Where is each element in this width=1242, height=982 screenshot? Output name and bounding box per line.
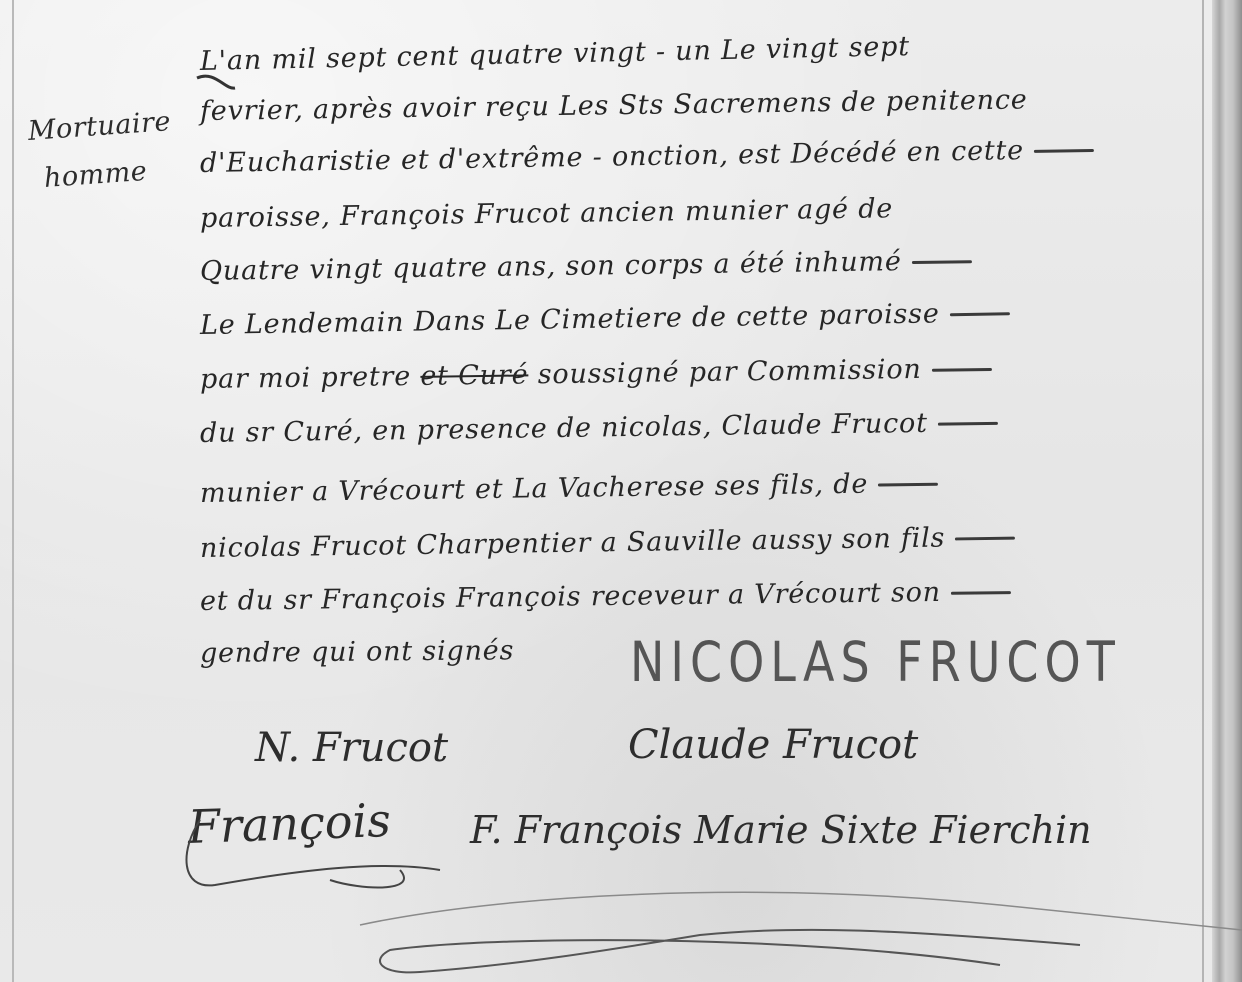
line-filler-dash — [1034, 149, 1094, 153]
signature-claude-frucot: Claude Frucot — [628, 722, 918, 768]
struck-text: et Curé — [420, 359, 528, 392]
record-line: Quatre vingt quatre ans, son corps a été… — [200, 247, 972, 285]
record-line: paroisse, François Frucot ancien munier … — [200, 195, 893, 232]
record-line: d'Eucharistie et d'extrême - onction, es… — [200, 136, 1094, 177]
record-line: L'an mil sept cent quatre vingt - un Le … — [200, 33, 910, 75]
record-line: gendre qui ont signés — [200, 637, 514, 667]
line-filler-dash — [932, 368, 992, 372]
left-margin-rule — [12, 0, 14, 982]
signature-n-frucot: N. Frucot — [255, 725, 448, 771]
signature-nicolas-frucot: NICOLAS FRUCOT — [630, 630, 1121, 695]
record-line: du sr Curé, en presence de nicolas, Clau… — [200, 409, 998, 447]
document-scan: Mortuaire homme L'an mil sept cent quatr… — [0, 0, 1242, 982]
margin-note-mortuaire: Mortuaire — [27, 108, 172, 145]
record-line: fevrier, après avoir reçu Les Sts Sacrem… — [200, 86, 1028, 125]
line-filler-dash — [955, 537, 1015, 541]
signature-priest: F. François Marie Sixte Fierchin — [470, 808, 1092, 852]
margin-note-homme: homme — [43, 158, 148, 192]
signature-francois: François — [187, 793, 391, 854]
page-binding-edge — [1212, 0, 1242, 982]
record-line: et du sr François François receveur a Vr… — [200, 578, 1011, 615]
record-line: nicolas Frucot Charpentier a Sauville au… — [200, 524, 1016, 562]
record-line: Le Lendemain Dans Le Cimetiere de cette … — [200, 299, 1010, 339]
line-filler-dash — [878, 483, 938, 487]
record-line: munier a Vrécourt et La Vacherese ses fi… — [200, 470, 939, 507]
line-filler-dash — [912, 260, 972, 264]
line-filler-dash — [938, 422, 998, 426]
line-filler-dash — [951, 591, 1011, 595]
line-filler-dash — [950, 312, 1010, 316]
right-page-line — [1202, 0, 1204, 982]
record-line: par moi pretre et Curé soussigné par Com… — [200, 355, 992, 393]
